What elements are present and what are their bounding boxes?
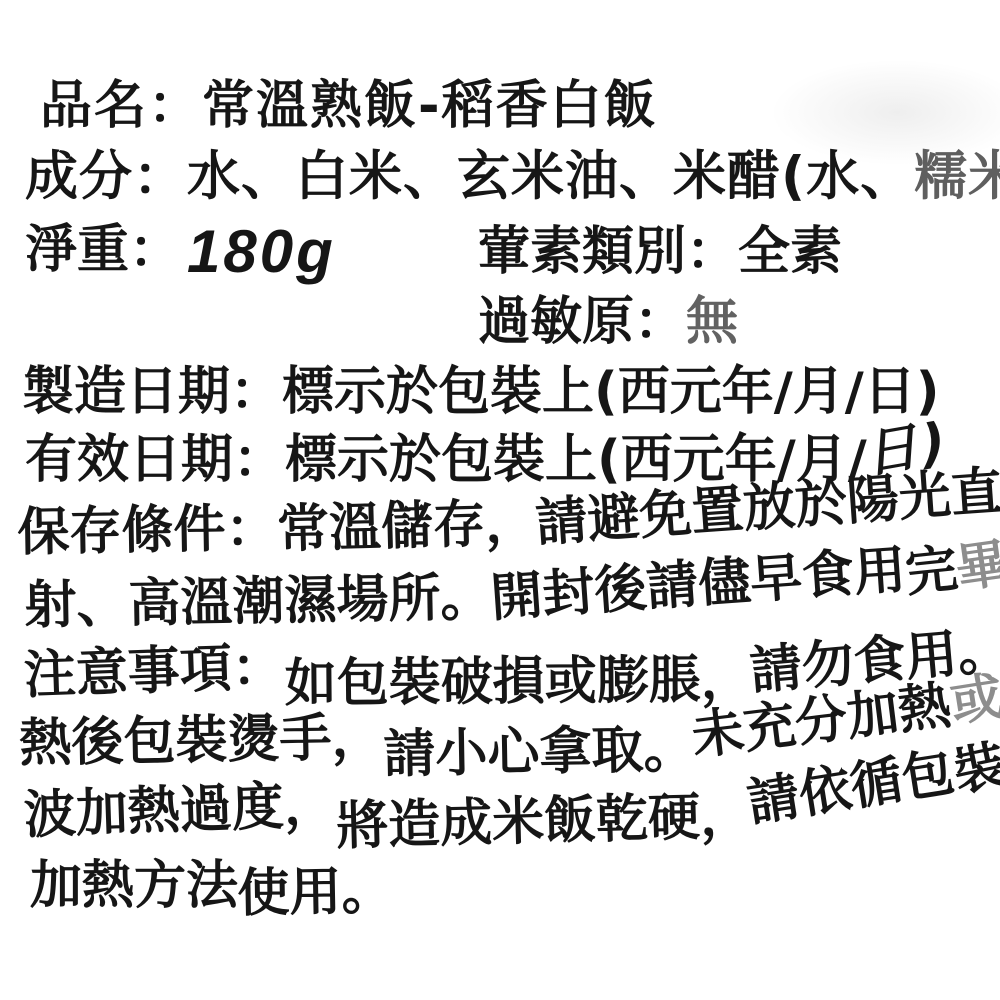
storage-text-3: 射、高溫潮濕場所。 <box>24 568 493 638</box>
product-name-text: 品名：常溫熟飯-稻香白飯 <box>40 76 658 137</box>
storage-conditions-line-2: 射、高溫潮濕場所。 開封後請儘早食用 完 畢 <box>25 576 1000 637</box>
diet-category-line: 葷素類別：全素 <box>478 222 842 283</box>
precautions-text-7: 波加熱過度， <box>23 775 337 847</box>
precautions-text-11: 加熱方法 <box>30 856 238 917</box>
net-weight-line: 淨重： 180g <box>25 220 336 283</box>
product-label: 品名：常溫熟飯-稻香白飯 成分：水、白米、玄米油、米醋(水、 糯米) 淨重： 1… <box>0 0 1000 1000</box>
precautions-label: 注意事項： <box>23 637 285 707</box>
ingredients-line: 成分：水、白米、玄米油、米醋(水、 糯米) <box>25 146 1000 209</box>
allergen-value: 無 <box>686 292 738 353</box>
precautions-text-1: 如包裝破損或膨脹， <box>284 650 753 715</box>
precautions-text-12: 使用。 <box>237 861 394 925</box>
storage-text-6-faded: 畢 <box>953 533 1000 601</box>
storage-text-5: 完 <box>903 539 961 605</box>
net-weight-label: 淨重： <box>25 220 181 281</box>
allergen-line: 過敏原： 無 <box>478 292 738 353</box>
precautions-line-3: 波加熱過度， 將造成米飯乾硬， 請依循包 裝 <box>25 786 1000 847</box>
storage-label: 保存條件： <box>17 498 278 564</box>
allergen-label: 過敏原： <box>478 292 686 353</box>
precautions-text-6-faded: 或 <box>946 667 1000 736</box>
manufacture-date-text: 製造日期：標示於包裝上(西元年/月/日) <box>22 362 940 423</box>
precautions-text-3: 熱後包裝燙手， <box>19 708 384 776</box>
precautions-line-4: 加熱方法 使用。 <box>30 856 394 917</box>
precautions-text-4: 請小心拿取。 <box>383 720 696 787</box>
storage-text-1: 常溫儲存， <box>276 493 538 561</box>
precautions-text-8: 將造成米飯乾硬， <box>335 786 752 858</box>
net-weight-value: 180g <box>187 220 336 283</box>
product-name-line: 品名：常溫熟飯-稻香白飯 <box>40 76 658 137</box>
diet-category-text: 葷素類別：全素 <box>478 222 842 283</box>
manufacture-date-line: 製造日期：標示於包裝上(西元年/月/日) <box>22 362 940 423</box>
ingredients-text: 成分：水、白米、玄米油、米醋(水、 <box>25 146 914 209</box>
ingredients-text-faded: 糯米) <box>914 146 1000 209</box>
